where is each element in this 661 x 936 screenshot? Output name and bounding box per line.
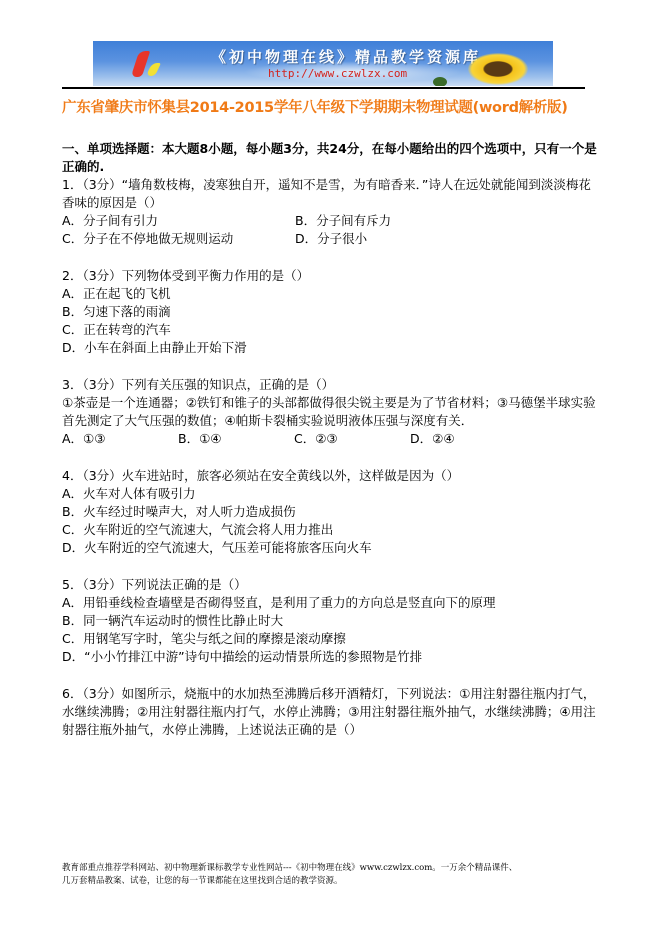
spacer <box>62 557 602 576</box>
option-c: C．用钢笔写字时，笔尖与纸之间的摩擦是滚动摩擦 <box>62 630 602 648</box>
question-6: 6．（3分）如图所示，烧瓶中的水加热至沸腾后移开酒精灯，下列说法：①用注射器往瓶… <box>62 685 602 739</box>
option-c: C．②③ <box>294 430 410 448</box>
question-stem: 1．（3分）“墙角数枝梅，凌寒独自开，遥知不是雪，为有暗香来．”诗人在远处就能闻… <box>62 176 602 212</box>
option-b: B．同一辆汽车运动时的惯性比静止时大 <box>62 612 602 630</box>
sunflower-icon <box>468 53 528 85</box>
option-b: B．①④ <box>178 430 294 448</box>
question-stem: 4．（3分）火车进站时，旅客必须站在安全黄线以外，这样做是因为（） <box>62 467 602 485</box>
question-stem: 2．（3分）下列物体受到平衡力作用的是（） <box>62 267 602 285</box>
question-3: 3．（3分）下列有关压强的知识点，正确的是（） ①茶壶是一个连通器；②铁钉和锥子… <box>62 376 602 448</box>
question-5: 5．（3分）下列说法正确的是（） A．用铅垂线检查墙壁是否砌得竖直，是利用了重力… <box>62 576 602 666</box>
option-d: D．“小小竹排江中游”诗句中描绘的运动情景所选的参照物是竹排 <box>62 648 602 666</box>
question-2: 2．（3分）下列物体受到平衡力作用的是（） A．正在起飞的飞机 B．匀速下落的雨… <box>62 267 602 357</box>
option-d: D．小车在斜面上由静止开始下滑 <box>62 339 602 357</box>
spacer <box>62 248 602 267</box>
option-c: C．火车附近的空气流速大，气流会将人用力推出 <box>62 521 602 539</box>
option-a: A．正在起飞的飞机 <box>62 285 602 303</box>
question-statements: ①茶壶是一个连通器；②铁钉和锥子的头部都做得很尖锐主要是为了节省材料；③马德堡半… <box>62 394 602 430</box>
logo-yellow-shape-icon <box>146 63 161 76</box>
spacer <box>62 357 602 376</box>
question-stem: 6．（3分）如图所示，烧瓶中的水加热至沸腾后移开酒精灯，下列说法：①用注射器往瓶… <box>62 685 602 739</box>
document-title: 广东省肇庆市怀集县2014-2015学年八年级下学期期末物理试题(word解析版… <box>62 96 568 117</box>
leaf-icon <box>433 77 447 86</box>
options-row: C．分子在不停地做无规则运动 D．分子很小 <box>62 230 602 248</box>
option-a: A．用铅垂线检查墙壁是否砌得竖直，是利用了重力的方向总是竖直向下的原理 <box>62 594 602 612</box>
option-d: D．分子很小 <box>295 230 528 248</box>
question-1: 1．（3分）“墙角数枝梅，凌寒独自开，遥知不是雪，为有暗香来．”诗人在远处就能闻… <box>62 176 602 248</box>
footer-line-2: 几万套精品教案、试卷，让您的每一节课都能在这里找到合适的教学资源。 <box>62 875 622 888</box>
question-4: 4．（3分）火车进站时，旅客必须站在安全黄线以外，这样做是因为（） A．火车对人… <box>62 467 602 557</box>
option-c: C．正在转弯的汽车 <box>62 321 602 339</box>
spacer <box>62 448 602 467</box>
banner-title: 《初中物理在线》精品教学资源库 <box>211 46 481 67</box>
option-b: B．分子间有斥力 <box>295 212 528 230</box>
site-banner: 《初中物理在线》精品教学资源库 http://www.czwlzx.com <box>93 41 553 86</box>
question-stem: 5．（3分）下列说法正确的是（） <box>62 576 602 594</box>
header-divider <box>62 87 585 89</box>
option-a: A．分子间有引力 <box>62 212 295 230</box>
options-row: A．①③ B．①④ C．②③ D．②④ <box>62 430 602 448</box>
section-heading: 一、单项选择题：本大题8小题，每小题3分，共24分，在每小题给出的四个选项中，只… <box>62 140 602 176</box>
option-d: D．火车附近的空气流速大，气压差可能将旅客压向火车 <box>62 539 602 557</box>
spacer <box>62 666 602 685</box>
page-footer: 教育部重点推荐学科网站、初中物理新课标教学专业性网站---《初中物理在线》www… <box>62 862 622 888</box>
option-b: B．匀速下落的雨滴 <box>62 303 602 321</box>
option-a: A．火车对人体有吸引力 <box>62 485 602 503</box>
option-a: A．①③ <box>62 430 178 448</box>
option-c: C．分子在不停地做无规则运动 <box>62 230 295 248</box>
option-d: D．②④ <box>410 430 526 448</box>
option-b: B．火车经过时噪声大，对人听力造成损伤 <box>62 503 602 521</box>
options-row: A．分子间有引力 B．分子间有斥力 <box>62 212 602 230</box>
footer-line-1: 教育部重点推荐学科网站、初中物理新课标教学专业性网站---《初中物理在线》www… <box>62 862 622 875</box>
question-stem: 3．（3分）下列有关压强的知识点，正确的是（） <box>62 376 602 394</box>
banner-url: http://www.czwlzx.com <box>268 67 407 80</box>
document-body: 一、单项选择题：本大题8小题，每小题3分，共24分，在每小题给出的四个选项中，只… <box>62 140 602 739</box>
